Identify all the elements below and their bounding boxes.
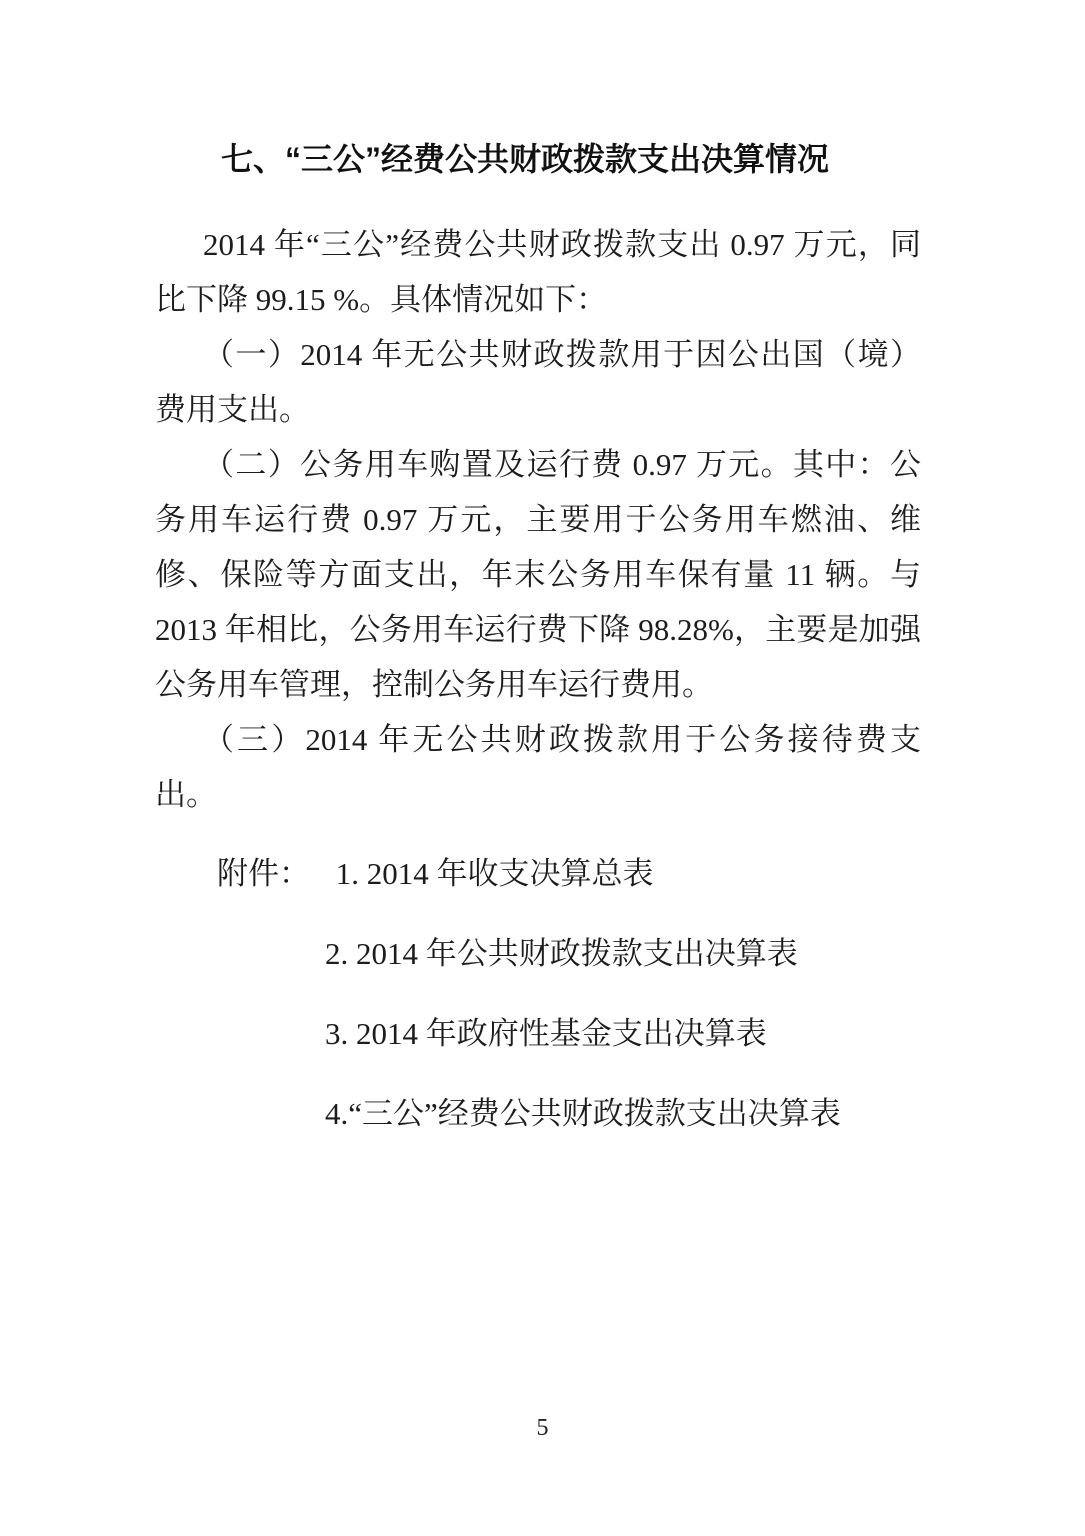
attachment-item: 1. 2014 年收支决算总表: [336, 856, 654, 891]
paragraph-summary: 2014 年“三公”经费公共财政拨款支出 0.97 万元，同比下降 99.15 …: [155, 217, 921, 327]
document-page: 七、“三公”经费公共财政拨款支出决算情况 2014 年“三公”经费公共财政拨款支…: [0, 0, 1085, 1536]
attachments-list: 附件： 1. 2014 年收支决算总表 2. 2014 年公共财政拨款支出决算表…: [155, 834, 955, 1154]
paragraph-item-two: （二）公务用车购置及运行费 0.97 万元。其中：公务用车运行费 0.97 万元…: [155, 437, 921, 712]
attachments-label: 附件：: [217, 856, 310, 891]
attachment-line: 附件： 1. 2014 年收支决算总表: [155, 834, 955, 914]
body-text: 2014 年“三公”经费公共财政拨款支出 0.97 万元，同比下降 99.15 …: [155, 217, 921, 822]
attachment-item: 4.“三公”经费公共财政拨款支出决算表: [155, 1074, 955, 1154]
paragraph-item-one: （一）2014 年无公共财政拨款用于因公出国（境）费用支出。: [155, 327, 921, 437]
attachment-item: 2. 2014 年公共财政拨款支出决算表: [155, 914, 955, 994]
section-heading: 七、“三公”经费公共财政拨款支出决算情况: [221, 138, 829, 180]
attachment-item: 3. 2014 年政府性基金支出决算表: [155, 994, 955, 1074]
page-number: 5: [0, 1412, 1085, 1444]
paragraph-item-three: （三）2014 年无公共财政拨款用于公务接待费支出。: [155, 712, 921, 822]
